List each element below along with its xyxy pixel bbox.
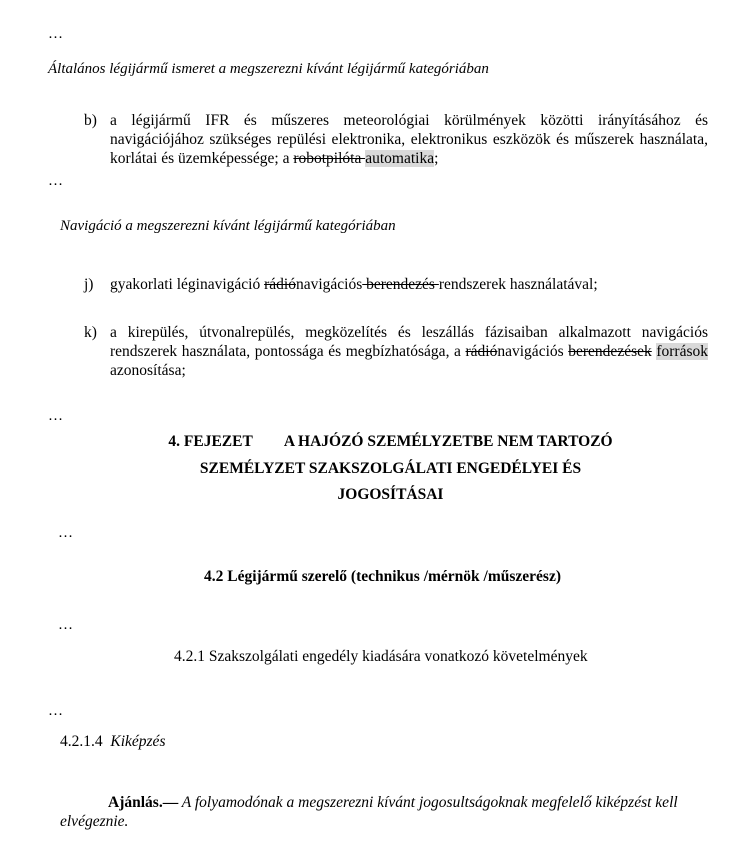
deleted-text: rádió	[466, 343, 498, 360]
list-item-text: gyakorlati léginavigáció rádiónavigációs…	[110, 275, 708, 294]
section-title-4-2: 4.2 Légijármű szerelő (technikus /mérnök…	[204, 567, 561, 586]
section-heading-general-knowledge: Általános légijármű ismeret a megszerezn…	[48, 60, 489, 79]
list-item-text: a légijármű IFR és műszeres meteorológia…	[110, 111, 708, 168]
list-item-label: k)	[84, 323, 97, 342]
deleted-text: robotpilóta	[293, 150, 365, 167]
section-title-4-2-1-4: 4.2.1.4 Kiképzés	[60, 732, 165, 751]
list-item-label: j)	[84, 275, 93, 294]
section-heading-navigation: Navigáció a megszerezni kívánt légijármű…	[60, 217, 396, 236]
list-item-k: k) a kirepülés, útvonalrepülés, megközel…	[84, 323, 708, 380]
chapter-heading-line: 4. FEJEZET A HAJÓZÓ SZEMÉLYZETBE NEM TAR…	[0, 429, 733, 456]
omission-ellipsis: …	[48, 410, 64, 422]
list-item-text: a kirepülés, útvonalrepülés, megközelíté…	[110, 323, 708, 380]
section-number: 4.2.1.4	[60, 733, 103, 750]
inserted-text: források	[656, 343, 708, 360]
section-name: Kiképzés	[110, 733, 165, 750]
omission-ellipsis: …	[58, 619, 74, 631]
deleted-text: rádió	[264, 276, 296, 293]
inserted-text: automatika	[365, 150, 434, 167]
deleted-text: berendezések	[568, 343, 651, 360]
omission-ellipsis: …	[48, 175, 64, 187]
chapter-heading-line: JOGOSÍTÁSAI	[0, 482, 733, 509]
chapter-heading: 4. FEJEZET A HAJÓZÓ SZEMÉLYZETBE NEM TAR…	[0, 429, 733, 509]
omission-ellipsis: …	[48, 705, 64, 717]
section-title-4-2-1: 4.2.1 Szakszolgálati engedély kiadására …	[174, 647, 588, 666]
list-item-j: j) gyakorlati léginavigáció rádiónavigác…	[84, 275, 708, 294]
list-item-b: b) a légijármű IFR és műszeres meteoroló…	[84, 111, 708, 168]
recommendation-paragraph: Ajánlás.— A folyamodónak a megszerezni k…	[60, 793, 710, 831]
list-item-label: b)	[84, 111, 97, 130]
omission-ellipsis: …	[48, 28, 64, 40]
omission-ellipsis: …	[58, 527, 74, 539]
recommendation-label: Ajánlás.—	[108, 794, 178, 811]
chapter-heading-line: SZEMÉLYZET SZAKSZOLGÁLATI ENGEDÉLYEI ÉS	[0, 456, 733, 483]
deleted-text: berendezés	[362, 276, 439, 293]
